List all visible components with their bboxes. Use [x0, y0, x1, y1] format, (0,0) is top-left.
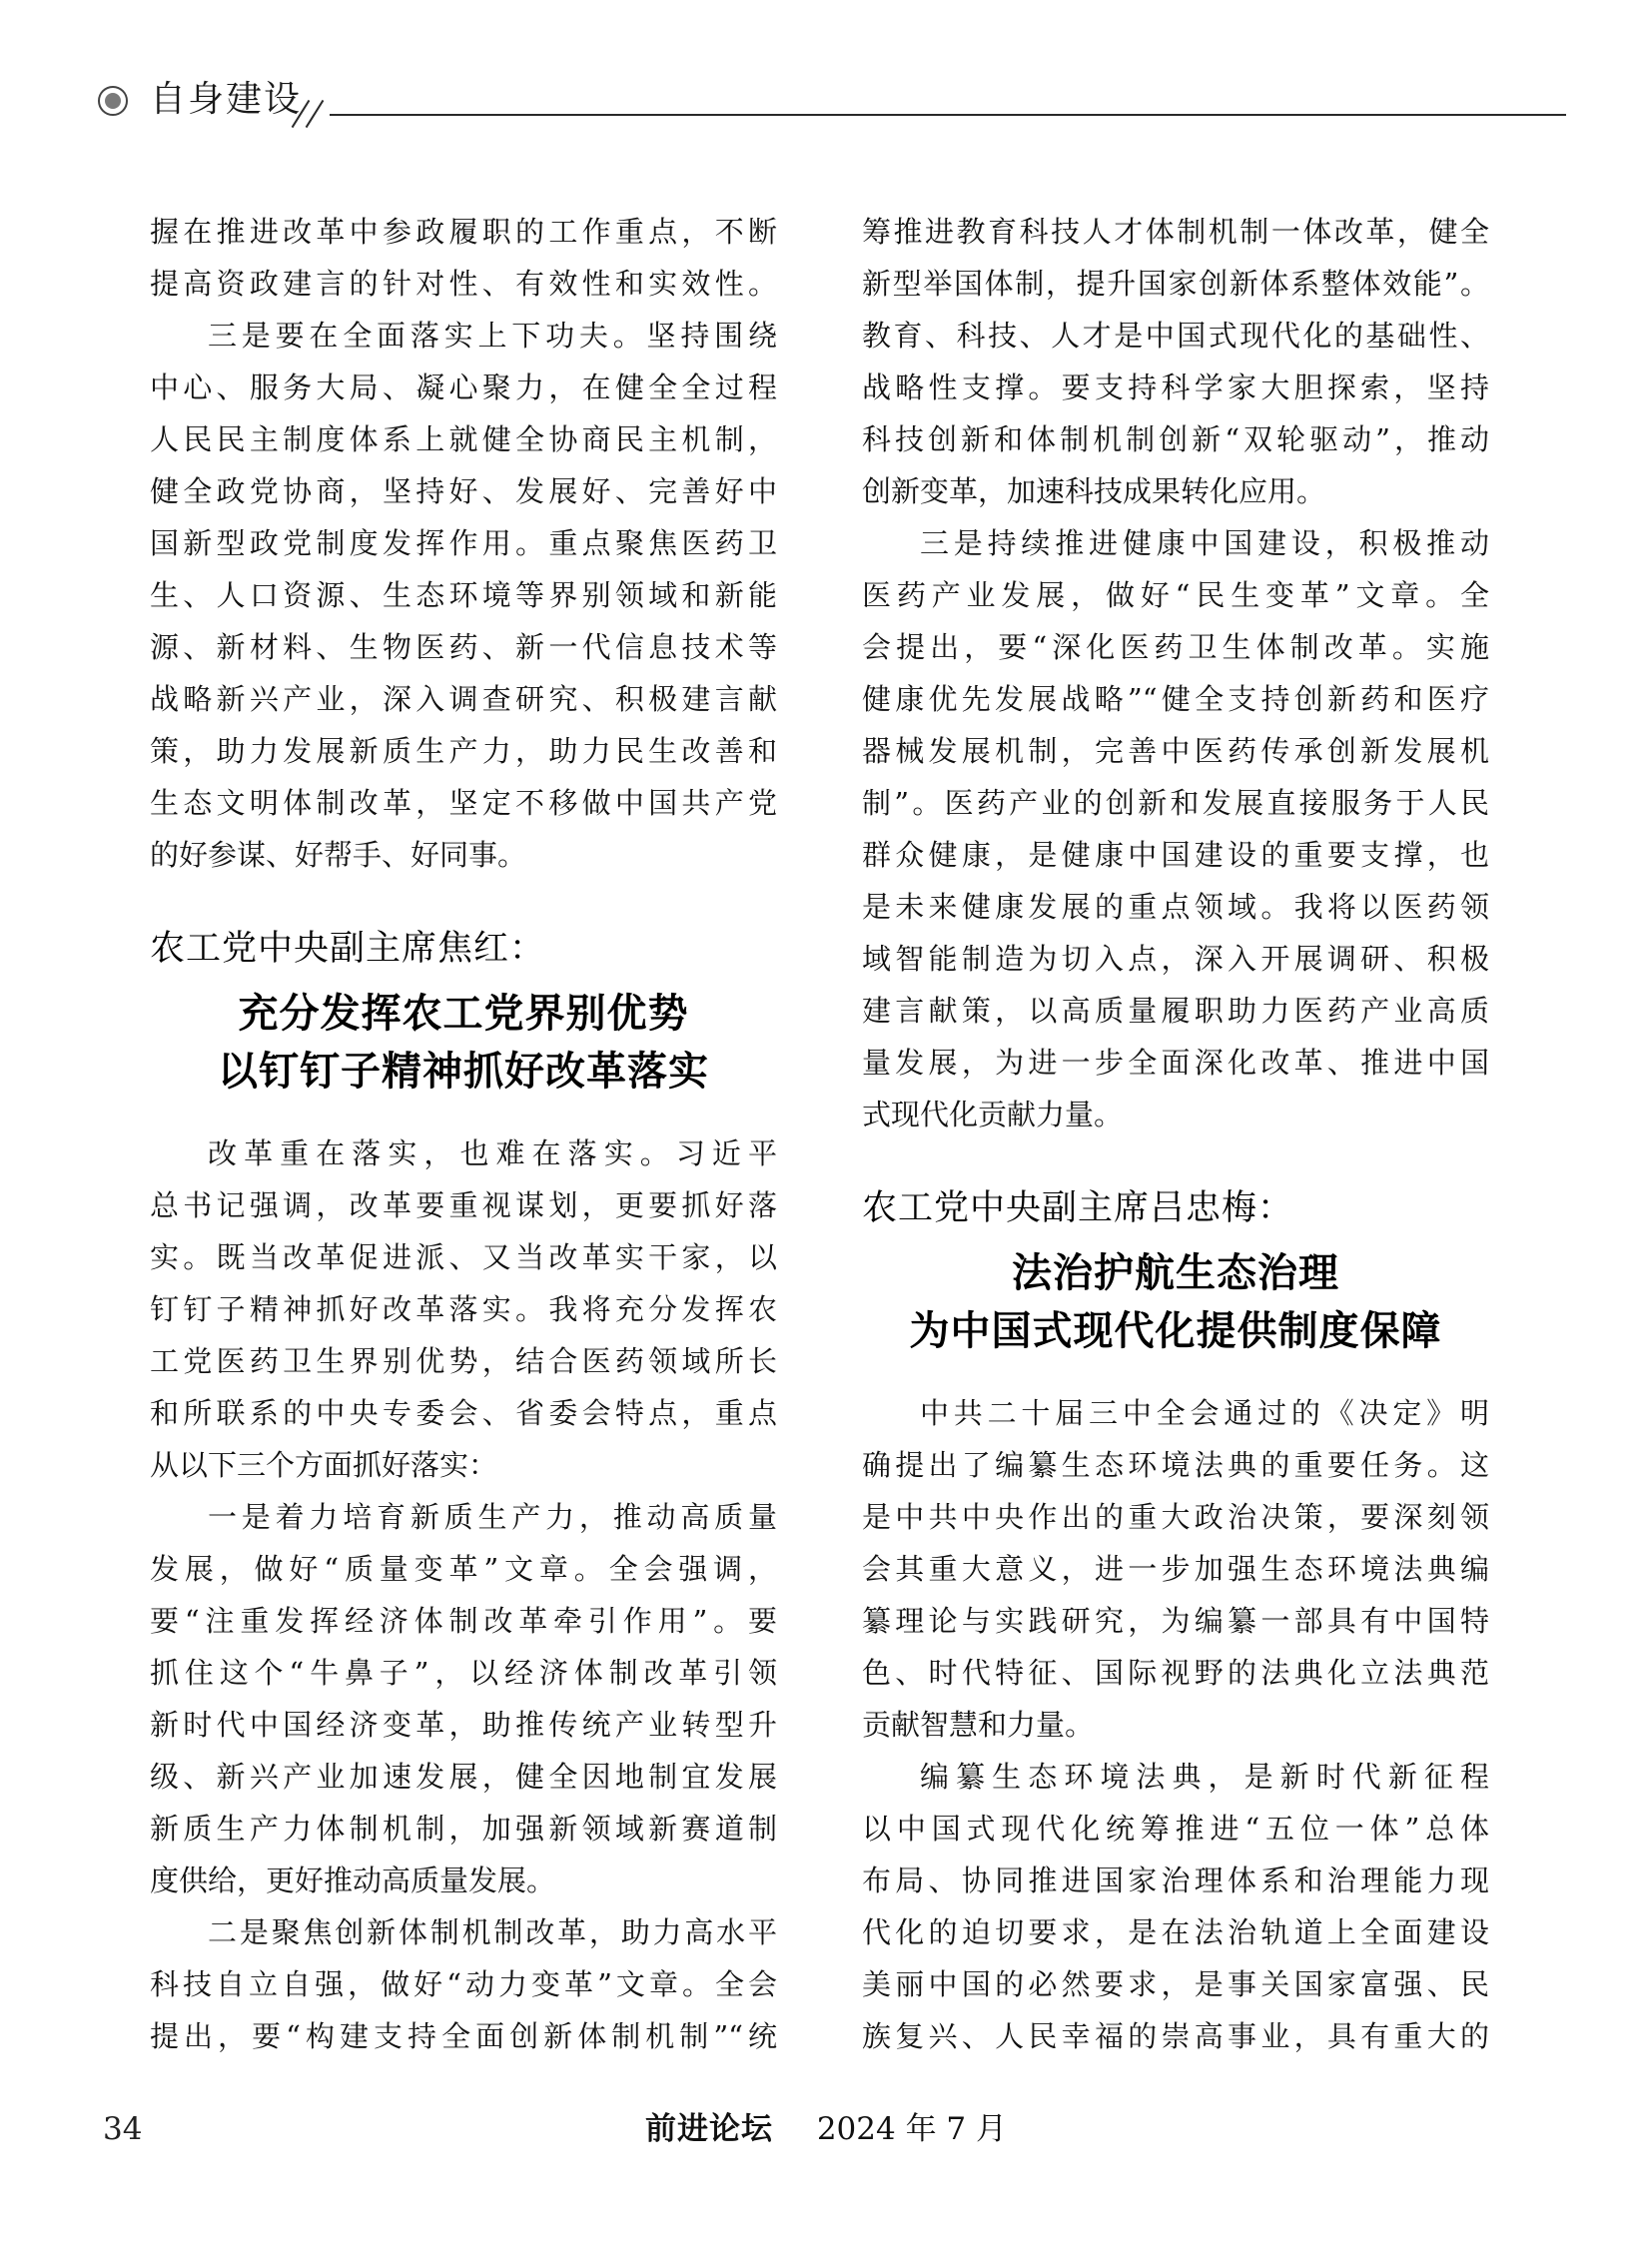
text-line: 二是聚焦创新体制机制改革，助力高水平 [150, 1906, 777, 1958]
footer-center: 前进论坛 2024 年 7 月 [0, 2103, 1652, 2155]
text-line: 域智能制造为切入点，深入开展调研、积极 [862, 933, 1489, 985]
magazine-page: 自身建设 握在推进改革中参政履职的工作重点，不断提高资政建言的针对性、有效性和实… [0, 0, 1652, 2242]
text-line: 提高资政建言的针对性、有效性和实效性。 [150, 258, 777, 310]
text-line: 教育、科技、人才是中国式现代化的基础性、 [862, 310, 1489, 362]
article-title-line: 充分发挥农工党界别优势 [150, 985, 777, 1043]
text-line: 级、新兴产业加速发展，健全因地制宜发展 [150, 1751, 777, 1803]
text-line: 实。既当改革促进派、又当改革实干家，以 [150, 1231, 777, 1283]
text-line: 布局、协同推进国家治理体系和治理能力现 [862, 1855, 1489, 1906]
text-line: 代化的迫切要求，是在法治轨道上全面建设 [862, 1906, 1489, 1958]
paragraph: 一是着力培育新质生产力，推动高质量发展，做好“质量变革”文章。全会强调，要“注重… [150, 1491, 777, 1906]
text-line: 会提出，要“深化医药卫生体制改革。实施 [862, 621, 1489, 673]
text-line: 新质生产力体制机制，加强新领域新赛道制 [150, 1803, 777, 1855]
paragraph: 筹推进教育科技人才体制机制一体改革，健全新型举国体制，提升国家创新体系整体效能”… [862, 206, 1489, 517]
text-line: 生、人口资源、生态环境等界别领域和新能 [150, 569, 777, 621]
text-line: 钉钉子精神抓好改革落实。我将充分发挥农 [150, 1283, 777, 1335]
text-line: 的好参谋、好帮手、好同事。 [150, 829, 777, 881]
text-line: 筹推进教育科技人才体制机制一体改革，健全 [862, 206, 1489, 258]
text-line: 健康优先发展战略”“健全支持创新药和医疗 [862, 673, 1489, 725]
text-line: 中心、服务大局、凝心聚力，在健全全过程 [150, 362, 777, 413]
text-line: 源、新材料、生物医药、新一代信息技术等 [150, 621, 777, 673]
bullseye-icon-dot [105, 93, 121, 109]
text-line: 策，助力发展新质生产力，助力民生改善和 [150, 725, 777, 777]
text-line: 要“注重发挥经济体制改革牵引作用”。要 [150, 1595, 777, 1647]
bullseye-icon [98, 86, 128, 116]
paragraph: 三是要在全面落实上下功夫。坚持围绕中心、服务大局、凝心聚力，在健全全过程人民民主… [150, 310, 777, 881]
paragraph: 编纂生态环境法典，是新时代新征程以中国式现代化统筹推进“五位一体”总体布局、协同… [862, 1751, 1489, 2062]
text-line: 战略新兴产业，深入调查研究、积极建言献 [150, 673, 777, 725]
text-line: 贡献智慧和力量。 [862, 1699, 1489, 1751]
article-title-line: 法治护航生态治理 [862, 1244, 1489, 1302]
paragraph: 中共二十届三中全会通过的《决定》明确提出了编纂生态环境法典的重要任务。这是中共中… [862, 1387, 1489, 1751]
text-line: 创新变革，加速科技成果转化应用。 [862, 465, 1489, 517]
text-line: 族复兴、人民幸福的崇高事业，具有重大的 [862, 2010, 1489, 2062]
article-title-line: 以钉钉子精神抓好改革落实 [150, 1043, 777, 1101]
article-title: 充分发挥农工党界别优势以钉钉子精神抓好改革落实 [150, 985, 777, 1101]
text-line: 科技自立自强，做好“动力变革”文章。全会 [150, 1958, 777, 2010]
text-line: 以中国式现代化统筹推进“五位一体”总体 [862, 1803, 1489, 1855]
paragraph: 握在推进改革中参政履职的工作重点，不断提高资政建言的针对性、有效性和实效性。 [150, 206, 777, 310]
text-line: 总书记强调，改革要重视谋划，更要抓好落 [150, 1179, 777, 1231]
text-line: 提出，要“构建支持全面创新体制机制”“统 [150, 2010, 777, 2062]
page-header: 自身建设 [0, 0, 1652, 130]
text-line: 度供给，更好推动高质量发展。 [150, 1855, 777, 1906]
text-line: 编纂生态环境法典，是新时代新征程 [862, 1751, 1489, 1803]
text-line: 建言献策，以高质量履职助力医药产业高质 [862, 985, 1489, 1037]
text-line: 三是持续推进健康中国建设，积极推动 [862, 517, 1489, 569]
text-line: 握在推进改革中参政履职的工作重点，不断 [150, 206, 777, 258]
issue-date: 2024 年 7 月 [817, 2111, 1007, 2147]
text-line: 生态文明体制改革，坚定不移做中国共产党 [150, 777, 777, 829]
text-line: 新时代中国经济变革，助推传统产业转型升 [150, 1699, 777, 1751]
text-line: 美丽中国的必然要求，是事关国家富强、民 [862, 1958, 1489, 2010]
rule-slash-decoration [306, 100, 325, 128]
text-line: 发展，做好“质量变革”文章。全会强调， [150, 1543, 777, 1595]
article-title: 法治护航生态治理为中国式现代化提供制度保障 [862, 1244, 1489, 1360]
text-line: 中共二十届三中全会通过的《决定》明 [862, 1387, 1489, 1439]
journal-name: 前进论坛 [645, 2111, 773, 2147]
text-line: 新型举国体制，提升国家创新体系整体效能”。 [862, 258, 1489, 310]
text-column-left: 握在推进改革中参政履职的工作重点，不断提高资政建言的针对性、有效性和实效性。三是… [150, 206, 777, 2062]
text-line: 式现代化贡献力量。 [862, 1089, 1489, 1140]
header-rule [330, 114, 1566, 116]
text-column-right: 筹推进教育科技人才体制机制一体改革，健全新型举国体制，提升国家创新体系整体效能”… [862, 206, 1489, 2062]
article-title-line: 为中国式现代化提供制度保障 [862, 1302, 1489, 1360]
text-line: 改革重在落实，也难在落实。习近平 [150, 1127, 777, 1179]
text-line: 科技创新和体制机制创新“双轮驱动”，推动 [862, 413, 1489, 465]
text-line: 器械发展机制，完善中医药传承创新发展机 [862, 725, 1489, 777]
text-line: 抓住这个“牛鼻子”，以经济体制改革引领 [150, 1647, 777, 1699]
text-line: 一是着力培育新质生产力，推动高质量 [150, 1491, 777, 1543]
text-line: 色、时代特征、国际视野的法典化立法典范 [862, 1647, 1489, 1699]
text-line: 和所联系的中央专委会、省委会特点，重点 [150, 1387, 777, 1439]
text-line: 战略性支撑。要支持科学家大胆探索，坚持 [862, 362, 1489, 413]
text-line: 会其重大意义，进一步加强生态环境法典编 [862, 1543, 1489, 1595]
text-line: 健全政党协商，坚持好、发展好、完善好中 [150, 465, 777, 517]
text-line: 群众健康，是健康中国建设的重要支撑，也 [862, 829, 1489, 881]
section-label: 自身建设 [150, 80, 302, 120]
article-author-label: 农工党中央副主席吕忠梅： [862, 1182, 1489, 1234]
text-line: 是中共中央作出的重大政治决策，要深刻领 [862, 1491, 1489, 1543]
paragraph: 三是持续推进健康中国建设，积极推动医药产业发展，做好“民生变革”文章。全会提出，… [862, 517, 1489, 1140]
text-line: 医药产业发展，做好“民生变革”文章。全 [862, 569, 1489, 621]
text-line: 从以下三个方面抓好落实： [150, 1439, 777, 1491]
text-line: 纂理论与实践研究，为编纂一部具有中国特 [862, 1595, 1489, 1647]
text-line: 三是要在全面落实上下功夫。坚持围绕 [150, 310, 777, 362]
text-line: 制”。医药产业的创新和发展直接服务于人民 [862, 777, 1489, 829]
text-line: 工党医药卫生界别优势，结合医药领域所长 [150, 1335, 777, 1387]
paragraph: 改革重在落实，也难在落实。习近平总书记强调，改革要重视谋划，更要抓好落实。既当改… [150, 1127, 777, 1491]
text-line: 国新型政党制度发挥作用。重点聚焦医药卫 [150, 517, 777, 569]
paragraph: 二是聚焦创新体制机制改革，助力高水平科技自立自强，做好“动力变革”文章。全会提出… [150, 1906, 777, 2062]
text-line: 人民民主制度体系上就健全协商民主机制， [150, 413, 777, 465]
text-line: 量发展，为进一步全面深化改革、推进中国 [862, 1037, 1489, 1089]
page-footer: 34 前进论坛 2024 年 7 月 [0, 2103, 1652, 2155]
article-author-label: 农工党中央副主席焦红： [150, 923, 777, 975]
text-line: 是未来健康发展的重点领域。我将以医药领 [862, 881, 1489, 933]
text-line: 确提出了编纂生态环境法典的重要任务。这 [862, 1439, 1489, 1491]
